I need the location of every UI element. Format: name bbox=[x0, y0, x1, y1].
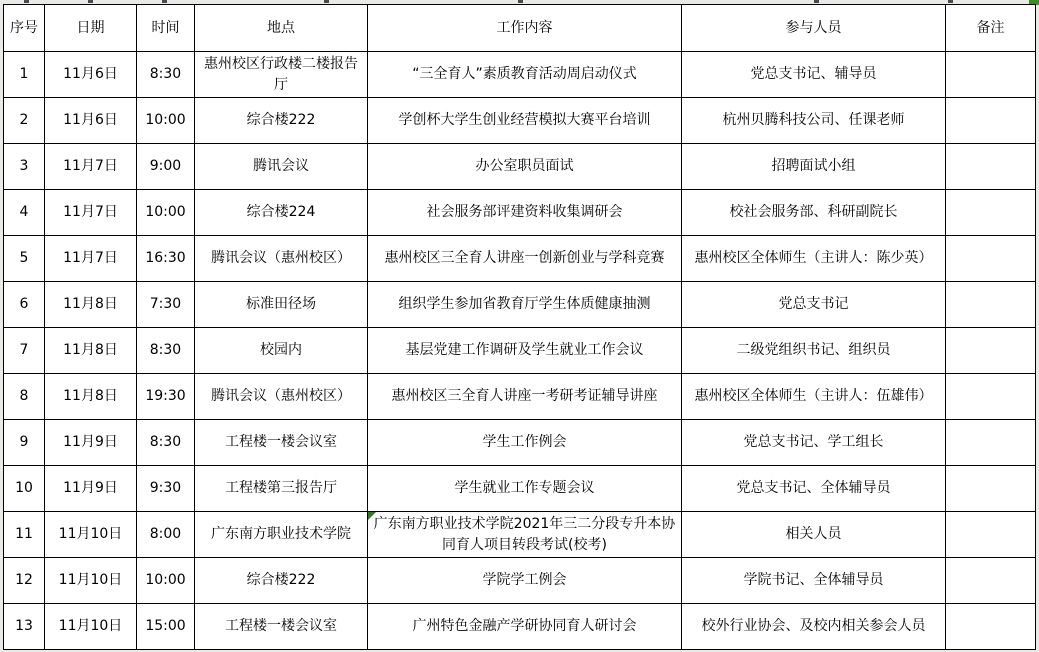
cell-content[interactable]: 学创杯大学生创业经营模拟大赛平台培训 bbox=[368, 98, 682, 144]
header-cell-time[interactable]: 时间 bbox=[137, 5, 195, 52]
cell-remarks[interactable] bbox=[946, 98, 1036, 144]
cell-participants[interactable]: 相关人员 bbox=[682, 512, 946, 558]
cell-participants[interactable]: 学院书记、全体辅导员 bbox=[682, 558, 946, 604]
cell-remarks[interactable] bbox=[946, 374, 1036, 420]
cell-content[interactable]: 惠州校区三全育人讲座一创新创业与学科竞赛 bbox=[368, 236, 682, 282]
cell-remarks[interactable] bbox=[946, 604, 1036, 650]
header-cell-participants[interactable]: 参与人员 bbox=[682, 5, 946, 52]
cell-participants[interactable]: 惠州校区全体师生（主讲人：陈少英） bbox=[682, 236, 946, 282]
clipped-text-fragment bbox=[24, 0, 29, 3]
cell-content[interactable]: 学生就业工作专题会议 bbox=[368, 466, 682, 512]
cell-time[interactable]: 8:30 bbox=[137, 420, 195, 466]
cell-participants[interactable]: 党总支书记 bbox=[682, 282, 946, 328]
cell-content[interactable]: 学院学工例会 bbox=[368, 558, 682, 604]
cell-participants[interactable]: 党总支书记、全体辅导员 bbox=[682, 466, 946, 512]
header-cell-date[interactable]: 日期 bbox=[45, 5, 137, 52]
cell-content[interactable]: 社会服务部评建资料收集调研会 bbox=[368, 190, 682, 236]
cell-date[interactable]: 11月10日 bbox=[45, 558, 137, 604]
cell-location[interactable]: 惠州校区行政楼二楼报告厅 bbox=[195, 52, 368, 98]
cell-location[interactable]: 工程楼一楼会议室 bbox=[195, 420, 368, 466]
cell-location[interactable]: 广东南方职业技术学院 bbox=[195, 512, 368, 558]
cell-time[interactable]: 9:30 bbox=[137, 466, 195, 512]
clipped-text-fragment bbox=[88, 0, 93, 3]
table-row: 711月8日8:30校园内基层党建工作调研及学生就业工作会议二级党组织书记、组织… bbox=[4, 328, 1036, 374]
cell-index[interactable]: 12 bbox=[4, 558, 45, 604]
cell-remarks[interactable] bbox=[946, 558, 1036, 604]
clipped-text-fragment bbox=[814, 0, 819, 3]
cell-participants[interactable]: 招聘面试小组 bbox=[682, 144, 946, 190]
cell-time[interactable]: 19:30 bbox=[137, 374, 195, 420]
cell-location[interactable]: 腾讯会议（惠州校区） bbox=[195, 236, 368, 282]
cell-content[interactable]: 惠州校区三全育人讲座一考研考证辅导讲座 bbox=[368, 374, 682, 420]
comment-marker-icon bbox=[368, 512, 376, 520]
cell-remarks[interactable] bbox=[946, 328, 1036, 374]
cell-date[interactable]: 11月7日 bbox=[45, 144, 137, 190]
clipped-text-fragment bbox=[162, 0, 167, 3]
cell-remarks[interactable] bbox=[946, 512, 1036, 558]
cell-time[interactable]: 10:00 bbox=[137, 190, 195, 236]
cell-date[interactable]: 11月9日 bbox=[45, 466, 137, 512]
cell-index[interactable]: 6 bbox=[4, 282, 45, 328]
cell-time[interactable]: 8:00 bbox=[137, 512, 195, 558]
cell-remarks[interactable] bbox=[946, 144, 1036, 190]
table-row: 911月9日8:30工程楼一楼会议室学生工作例会党总支书记、学工组长 bbox=[4, 420, 1036, 466]
cell-content[interactable]: “三全育人”素质教育活动周启动仪式 bbox=[368, 52, 682, 98]
cell-location[interactable]: 校园内 bbox=[195, 328, 368, 374]
cell-remarks[interactable] bbox=[946, 466, 1036, 512]
cell-date[interactable]: 11月6日 bbox=[45, 98, 137, 144]
cell-date[interactable]: 11月7日 bbox=[45, 236, 137, 282]
clipped-text-fragment bbox=[324, 0, 329, 3]
cell-index[interactable]: 11 bbox=[4, 512, 45, 558]
cell-content[interactable]: 广州特色金融产学研协同育人研讨会 bbox=[368, 604, 682, 650]
cell-participants[interactable]: 校社会服务部、科研副院长 bbox=[682, 190, 946, 236]
table-header: 序号日期时间地点工作内容参与人员备注 bbox=[4, 5, 1036, 52]
cell-participants[interactable]: 惠州校区全体师生（主讲人：伍雄伟） bbox=[682, 374, 946, 420]
schedule-table: 序号日期时间地点工作内容参与人员备注 111月6日8:30惠州校区行政楼二楼报告… bbox=[3, 4, 1036, 650]
header-cell-content[interactable]: 工作内容 bbox=[368, 5, 682, 52]
cell-content[interactable]: 组织学生参加省教育厅学生体质健康抽测 bbox=[368, 282, 682, 328]
cell-index[interactable]: 2 bbox=[4, 98, 45, 144]
cell-time[interactable]: 9:00 bbox=[137, 144, 195, 190]
spreadsheet-area: 序号日期时间地点工作内容参与人员备注 111月6日8:30惠州校区行政楼二楼报告… bbox=[0, 0, 1039, 652]
cell-participants[interactable]: 校外行业协会、及校内相关参会人员 bbox=[682, 604, 946, 650]
cell-location[interactable]: 综合楼222 bbox=[195, 558, 368, 604]
cell-remarks[interactable] bbox=[946, 282, 1036, 328]
cell-index[interactable]: 9 bbox=[4, 420, 45, 466]
cell-date[interactable]: 11月10日 bbox=[45, 512, 137, 558]
cell-content[interactable]: 办公室职员面试 bbox=[368, 144, 682, 190]
cell-participants[interactable]: 杭州贝腾科技公司、任课老师 bbox=[682, 98, 946, 144]
table-row: 811月8日19:30腾讯会议（惠州校区）惠州校区三全育人讲座一考研考证辅导讲座… bbox=[4, 374, 1036, 420]
clipped-text-fragment bbox=[948, 0, 953, 3]
cell-date[interactable]: 11月8日 bbox=[45, 374, 137, 420]
header-row: 序号日期时间地点工作内容参与人员备注 bbox=[4, 5, 1036, 52]
cell-remarks[interactable] bbox=[946, 52, 1036, 98]
cell-date[interactable]: 11月9日 bbox=[45, 420, 137, 466]
header-cell-index[interactable]: 序号 bbox=[4, 5, 45, 52]
cell-location[interactable]: 腾讯会议 bbox=[195, 144, 368, 190]
cell-index[interactable]: 3 bbox=[4, 144, 45, 190]
table-row: 311月7日9:00腾讯会议办公室职员面试招聘面试小组 bbox=[4, 144, 1036, 190]
cell-date[interactable]: 11月7日 bbox=[45, 190, 137, 236]
cell-index[interactable]: 4 bbox=[4, 190, 45, 236]
table-row: 211月6日10:00综合楼222学创杯大学生创业经营模拟大赛平台培训杭州贝腾科… bbox=[4, 98, 1036, 144]
table-row: 1311月10日15:00工程楼一楼会议室广州特色金融产学研协同育人研讨会校外行… bbox=[4, 604, 1036, 650]
cell-location[interactable]: 腾讯会议（惠州校区） bbox=[195, 374, 368, 420]
cell-time[interactable]: 7:30 bbox=[137, 282, 195, 328]
table-row: 1011月9日9:30工程楼第三报告厅学生就业工作专题会议党总支书记、全体辅导员 bbox=[4, 466, 1036, 512]
cell-content[interactable]: 广东南方职业技术学院2021年三二分段专升本协同育人项目转段考试(校考) bbox=[368, 512, 682, 558]
table-row: 111月6日8:30惠州校区行政楼二楼报告厅“三全育人”素质教育活动周启动仪式党… bbox=[4, 52, 1036, 98]
cell-content[interactable]: 基层党建工作调研及学生就业工作会议 bbox=[368, 328, 682, 374]
cell-location[interactable]: 综合楼224 bbox=[195, 190, 368, 236]
cell-location[interactable]: 综合楼222 bbox=[195, 98, 368, 144]
cell-index[interactable]: 1 bbox=[4, 52, 45, 98]
cell-remarks[interactable] bbox=[946, 420, 1036, 466]
cell-content[interactable]: 学生工作例会 bbox=[368, 420, 682, 466]
table-row: 1211月10日10:00综合楼222学院学工例会学院书记、全体辅导员 bbox=[4, 558, 1036, 604]
clipped-text-fragment bbox=[518, 0, 523, 3]
table-row: 611月8日7:30标准田径场组织学生参加省教育厅学生体质健康抽测党总支书记 bbox=[4, 282, 1036, 328]
cell-remarks[interactable] bbox=[946, 190, 1036, 236]
cell-participants[interactable]: 党总支书记、辅导员 bbox=[682, 52, 946, 98]
table-row: 411月7日10:00综合楼224社会服务部评建资料收集调研会校社会服务部、科研… bbox=[4, 190, 1036, 236]
cell-time[interactable]: 16:30 bbox=[137, 236, 195, 282]
table-row: 511月7日16:30腾讯会议（惠州校区）惠州校区三全育人讲座一创新创业与学科竞… bbox=[4, 236, 1036, 282]
cell-time[interactable]: 15:00 bbox=[137, 604, 195, 650]
cell-location[interactable]: 标准田径场 bbox=[195, 282, 368, 328]
cell-location[interactable]: 工程楼第三报告厅 bbox=[195, 466, 368, 512]
table-row: 1111月10日8:00广东南方职业技术学院广东南方职业技术学院2021年三二分… bbox=[4, 512, 1036, 558]
cell-time[interactable]: 10:00 bbox=[137, 558, 195, 604]
cell-participants[interactable]: 党总支书记、学工组长 bbox=[682, 420, 946, 466]
cell-index[interactable]: 7 bbox=[4, 328, 45, 374]
cell-index[interactable]: 10 bbox=[4, 466, 45, 512]
cell-date[interactable]: 11月10日 bbox=[45, 604, 137, 650]
header-cell-location[interactable]: 地点 bbox=[195, 5, 368, 52]
cell-index[interactable]: 8 bbox=[4, 374, 45, 420]
cell-date[interactable]: 11月6日 bbox=[45, 52, 137, 98]
header-cell-remarks[interactable]: 备注 bbox=[946, 5, 1036, 52]
cell-index[interactable]: 5 bbox=[4, 236, 45, 282]
cell-time[interactable]: 8:30 bbox=[137, 52, 195, 98]
table-body: 111月6日8:30惠州校区行政楼二楼报告厅“三全育人”素质教育活动周启动仪式党… bbox=[4, 52, 1036, 650]
cell-location[interactable]: 工程楼一楼会议室 bbox=[195, 604, 368, 650]
cell-time[interactable]: 10:00 bbox=[137, 98, 195, 144]
cell-remarks[interactable] bbox=[946, 236, 1036, 282]
cell-participants[interactable]: 二级党组织书记、组织员 bbox=[682, 328, 946, 374]
cell-index[interactable]: 13 bbox=[4, 604, 45, 650]
cell-date[interactable]: 11月8日 bbox=[45, 328, 137, 374]
cell-date[interactable]: 11月8日 bbox=[45, 282, 137, 328]
cell-time[interactable]: 8:30 bbox=[137, 328, 195, 374]
